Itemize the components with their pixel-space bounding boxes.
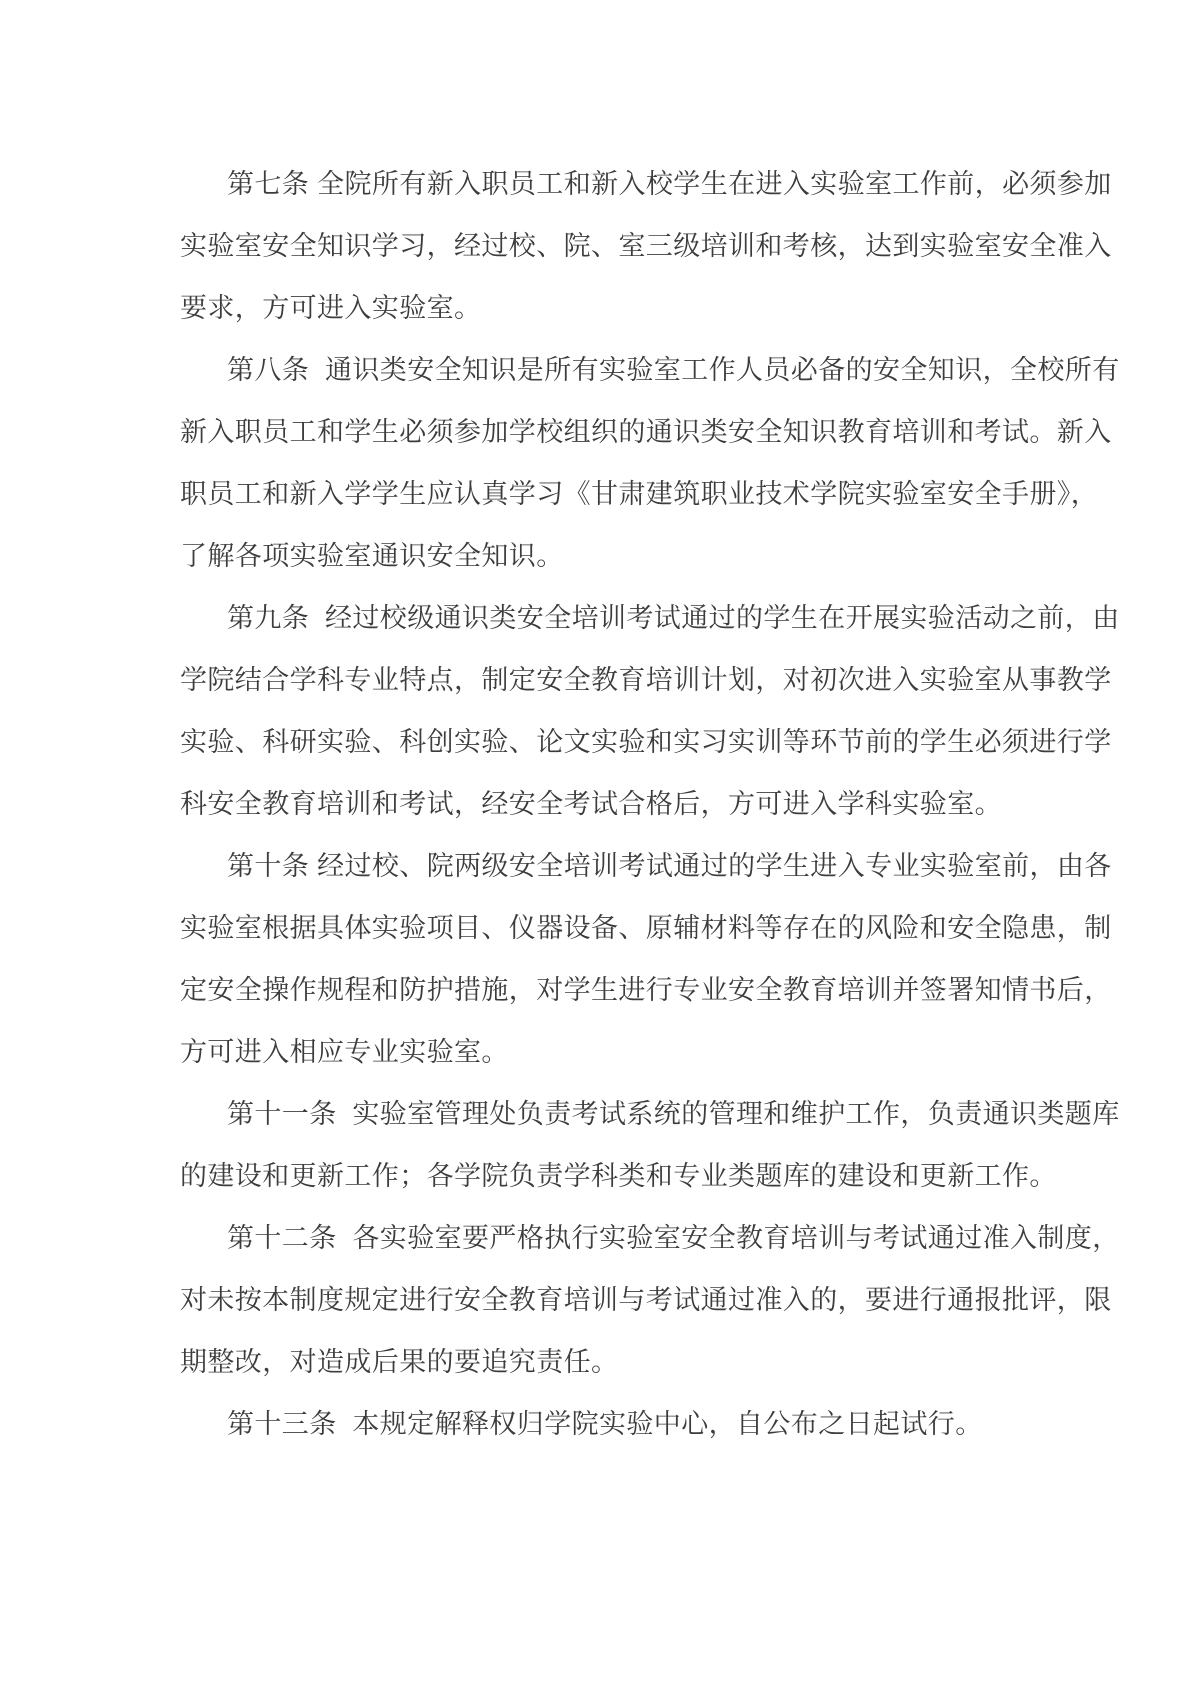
- text-line: 学院结合学科专业特点，制定安全教育培训计划，对初次进入实验室从事教学: [180, 649, 1012, 711]
- text-line: 第七条 全院所有新入职员工和新入校学生在进入实验室工作前，必须参加: [180, 153, 1012, 215]
- text-line: 第九条 经过校级通识类安全培训考试通过的学生在开展实验活动之前，由: [180, 587, 1012, 649]
- text-line: 第十一条 实验室管理处负责考试系统的管理和维护工作，负责通识类题库: [180, 1083, 1012, 1145]
- text-line: 实验室安全知识学习，经过校、院、室三级培训和考核，达到实验室安全准入: [180, 215, 1012, 277]
- text-line: 方可进入相应专业实验室。: [180, 1021, 1012, 1083]
- text-line: 科安全教育培训和考试，经安全考试合格后，方可进入学科实验室。: [180, 773, 1012, 835]
- text-line: 第十二条 各实验室要严格执行实验室安全教育培训与考试通过准入制度，: [180, 1207, 1012, 1269]
- text-line: 新入职员工和学生必须参加学校组织的通识类安全知识教育培训和考试。新入: [180, 401, 1012, 463]
- text-line: 第十条 经过校、院两级安全培训考试通过的学生进入专业实验室前，由各: [180, 835, 1012, 897]
- paragraph-article-8: 第八条 通识类安全知识是所有实验室工作人员必备的安全知识，全校所有新入职员工和学…: [180, 339, 1012, 587]
- paragraph-article-11: 第十一条 实验室管理处负责考试系统的管理和维护工作，负责通识类题库的建设和更新工…: [180, 1083, 1012, 1207]
- text-line: 的建设和更新工作；各学院负责学科类和专业类题库的建设和更新工作。: [180, 1145, 1012, 1207]
- text-line: 第八条 通识类安全知识是所有实验室工作人员必备的安全知识，全校所有: [180, 339, 1012, 401]
- text-line: 第十三条 本规定解释权归学院实验中心，自公布之日起试行。: [180, 1393, 1012, 1455]
- paragraph-article-12: 第十二条 各实验室要严格执行实验室安全教育培训与考试通过准入制度，对未按本制度规…: [180, 1207, 1012, 1393]
- text-line: 定安全操作规程和防护措施，对学生进行专业安全教育培训并签署知情书后，: [180, 959, 1012, 1021]
- document-body: 第七条 全院所有新入职员工和新入校学生在进入实验室工作前，必须参加实验室安全知识…: [180, 153, 1012, 1455]
- paragraph-article-13: 第十三条 本规定解释权归学院实验中心，自公布之日起试行。: [180, 1393, 1012, 1455]
- document-page: 第七条 全院所有新入职员工和新入校学生在进入实验室工作前，必须参加实验室安全知识…: [0, 0, 1190, 1683]
- paragraph-article-7: 第七条 全院所有新入职员工和新入校学生在进入实验室工作前，必须参加实验室安全知识…: [180, 153, 1012, 339]
- text-line: 了解各项实验室通识安全知识。: [180, 525, 1012, 587]
- text-line: 职员工和新入学学生应认真学习《甘肃建筑职业技术学院实验室安全手册》，: [180, 463, 1012, 525]
- text-line: 实验室根据具体实验项目、仪器设备、原辅材料等存在的风险和安全隐患，制: [180, 897, 1012, 959]
- text-line: 期整改，对造成后果的要追究责任。: [180, 1331, 1012, 1393]
- text-line: 对未按本制度规定进行安全教育培训与考试通过准入的，要进行通报批评，限: [180, 1269, 1012, 1331]
- text-line: 要求，方可进入实验室。: [180, 277, 1012, 339]
- text-line: 实验、科研实验、科创实验、论文实验和实习实训等环节前的学生必须进行学: [180, 711, 1012, 773]
- paragraph-article-9: 第九条 经过校级通识类安全培训考试通过的学生在开展实验活动之前，由学院结合学科专…: [180, 587, 1012, 835]
- paragraph-article-10: 第十条 经过校、院两级安全培训考试通过的学生进入专业实验室前，由各实验室根据具体…: [180, 835, 1012, 1083]
